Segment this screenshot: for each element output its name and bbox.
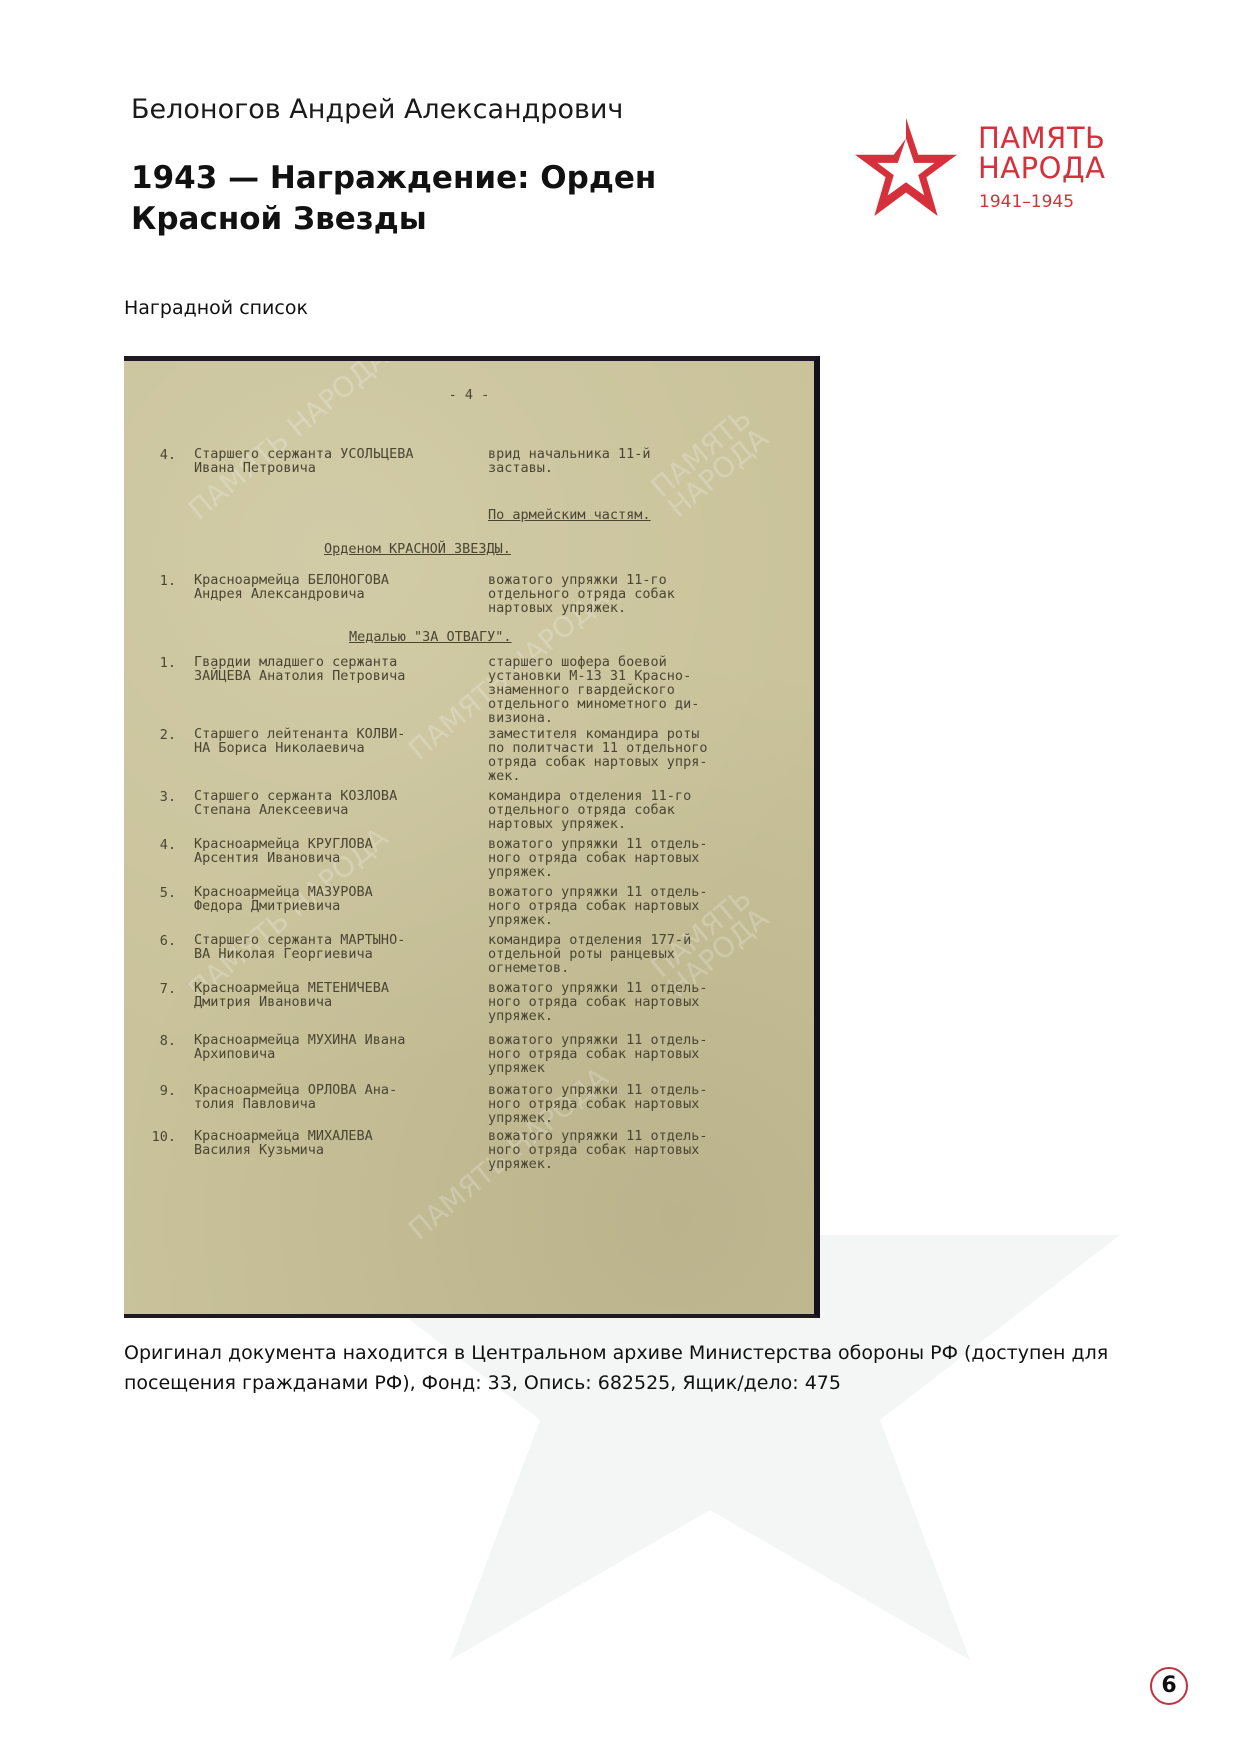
entry-name: Красноармейца МИХАЛЕВА Василия Кузьмича (194, 1129, 454, 1157)
entry-name: Красноармейца ОРЛОВА Ана- толия Павлович… (194, 1083, 454, 1111)
entry-number: 9. (124, 1083, 176, 1099)
entry-position: вожатого упряжки 11-го отдельного отряда… (488, 573, 758, 615)
entry-name: Гвардии младшего сержанта ЗАЙЦЕВА Анатол… (194, 655, 454, 683)
document-type-label: Наградной список (124, 297, 308, 319)
logo-years: 1941–1945 (979, 192, 1074, 212)
entry-position: врид начальника 11-й заставы. (488, 447, 758, 475)
page-number: 6 (1150, 1667, 1188, 1705)
award-list-scan: ПАМЯТЬ НАРОДА ПАМЯТЬ НАРОДА ПАМЯТЬ НАРОД… (124, 356, 820, 1318)
entry-position: старшего шофера боевой установки М-13 31… (488, 655, 758, 725)
logo-text-line1: ПАМЯТЬ (978, 123, 1105, 153)
entry-position: командира отделения 177-й отдельной роты… (488, 933, 758, 975)
pamyat-naroda-logo: ПАМЯТЬ НАРОДА 1941–1945 (855, 118, 1125, 218)
page-marker: - 4 - (124, 387, 814, 403)
entry-name: Старшего сержанта МАРТЫНО- ВА Николая Ге… (194, 933, 454, 961)
entry-name: Красноармейца МУХИНА Ивана Архиповича (194, 1033, 454, 1061)
entry-name: Красноармейца БЕЛОНОГОВА Андрея Александ… (194, 573, 454, 601)
entry-number: 8. (124, 1033, 176, 1049)
entry-name: Старшего лейтенанта КОЛВИ- НА Бориса Ник… (194, 727, 454, 755)
entry-number: 10. (124, 1129, 176, 1145)
section-bravery-medal: Медалью "ЗА ОТВАГУ". (349, 629, 512, 645)
entry-name: Красноармейца КРУГЛОВА Арсентия Иванович… (194, 837, 454, 865)
entry-number: 2. (124, 727, 176, 743)
entry-position: вожатого упряжки 11 отдель- ного отряда … (488, 1129, 758, 1171)
section-red-star-order: Орденом КРАСНОЙ ЗВЕЗДЫ. (324, 541, 511, 557)
entry-position: вожатого упряжки 11 отдель- ного отряда … (488, 981, 758, 1023)
page-title: 1943 — Награждение: Орден Красной Звезды (131, 158, 751, 240)
entry-position: вожатого упряжки 11 отдель- ного отряда … (488, 885, 758, 927)
entry-number: 6. (124, 933, 176, 949)
entry-name: Старшего сержанта КОЗЛОВА Степана Алексе… (194, 789, 454, 817)
person-name: Белоногов Андрей Александрович (131, 94, 623, 125)
entry-number: 1. (124, 573, 176, 589)
entry-position: вожатого упряжки 11 отдель- ного отряда … (488, 1033, 758, 1075)
entry-number: 3. (124, 789, 176, 805)
watermark: ПАМЯТЬ НАРОДА (185, 356, 393, 524)
entry-number: 1. (124, 655, 176, 671)
red-star-icon (855, 118, 957, 216)
entry-name: Старшего сержанта УСОЛЬЦЕВА Ивана Петров… (194, 447, 454, 475)
entry-name: Красноармейца МАЗУРОВА Федора Дмитриевич… (194, 885, 454, 913)
entry-position: командира отделения 11-го отдельного отр… (488, 789, 758, 831)
archive-caption: Оригинал документа находится в Центральн… (124, 1338, 1124, 1398)
entry-number: 5. (124, 885, 176, 901)
entry-position: вожатого упряжки 11 отдель- ного отряда … (488, 837, 758, 879)
entry-position: заместителя командира роты по политчасти… (488, 727, 758, 783)
entry-number: 4. (124, 837, 176, 853)
section-army-units: По армейским частям. (488, 507, 651, 523)
entry-number: 4. (124, 447, 176, 463)
entry-number: 7. (124, 981, 176, 997)
entry-name: Красноармейца МЕТЕНИЧЕВА Дмитрия Иванови… (194, 981, 454, 1009)
entry-position: вожатого упряжки 11 отдель- ного отряда … (488, 1083, 758, 1125)
logo-text-line2: НАРОДА (978, 153, 1105, 183)
